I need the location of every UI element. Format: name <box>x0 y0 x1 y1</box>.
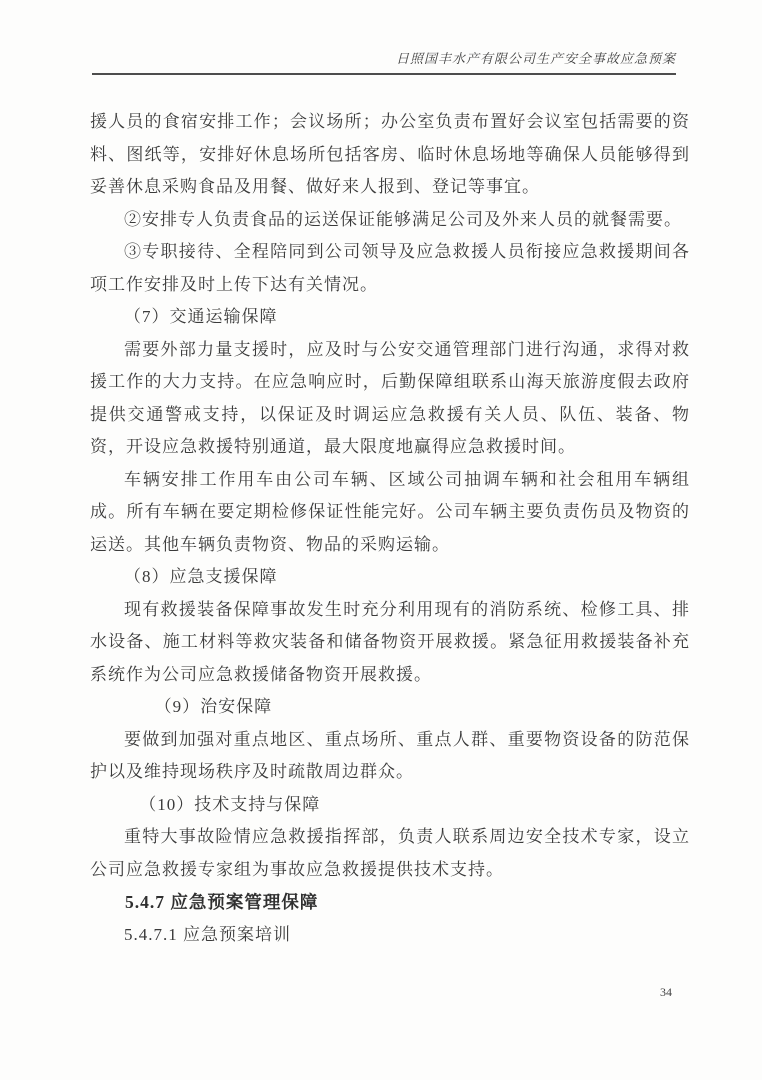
paragraph-security-protection: 要做到加强对重点地区、重点场所、重点人群、重要物资设备的防范保护以及维持现场秩序… <box>90 724 690 789</box>
paragraph-continuation-lodging: 援人员的食宿安排工作；会议场所；办公室负责布置好会议室包括需要的资料、图纸等，安… <box>90 106 690 204</box>
paragraph-rescue-equipment: 现有救援装备保障事故发生时充分利用现有的消防系统、检修工具、排水设备、施工材料等… <box>90 594 690 692</box>
document-body: 援人员的食宿安排工作；会议场所；办公室负责布置好会议室包括需要的资料、图纸等，安… <box>90 106 690 951</box>
header-rule <box>92 73 676 75</box>
page-number: 34 <box>0 984 672 1000</box>
paragraph-item-3-reception: ③专职接待、全程陪同到公司领导及应急救援人员衔接应急救援期间各项工作安排及时上传… <box>90 236 690 301</box>
page-header: 日照国丰水产有限公司生产安全事故应急预案 <box>92 0 676 75</box>
heading-5-4-7-plan-management: 5.4.7 应急预案管理保障 <box>90 886 690 919</box>
paragraph-item-2-food-delivery: ②安排专人负责食品的运送保证能够满足公司及外来人员的就餐需要。 <box>90 204 690 237</box>
running-header-title: 日照国丰水产有限公司生产安全事故应急预案 <box>92 50 676 73</box>
section-heading-7-transport: （7）交通运输保障 <box>90 301 690 334</box>
document-page: 日照国丰水产有限公司生产安全事故应急预案 援人员的食宿安排工作；会议场所；办公室… <box>0 0 762 1080</box>
section-heading-10-technical-support: （10）技术支持与保障 <box>90 789 690 822</box>
paragraph-expert-group: 重特大事故险情应急救援指挥部，负责人联系周边安全技术专家，设立公司应急救援专家组… <box>90 821 690 886</box>
section-heading-8-emergency-support: （8）应急支援保障 <box>90 561 690 594</box>
heading-5-4-7-1-plan-training: 5.4.7.1 应急预案培训 <box>90 919 690 952</box>
paragraph-transport-support: 需要外部力量支援时，应及时与公安交通管理部门进行沟通，求得对救援工作的大力支持。… <box>90 334 690 464</box>
section-heading-9-public-security: （9）治安保障 <box>90 691 690 724</box>
paragraph-vehicle-arrangement: 车辆安排工作用车由公司车辆、区域公司抽调车辆和社会租用车辆组成。所有车辆在要定期… <box>90 464 690 562</box>
